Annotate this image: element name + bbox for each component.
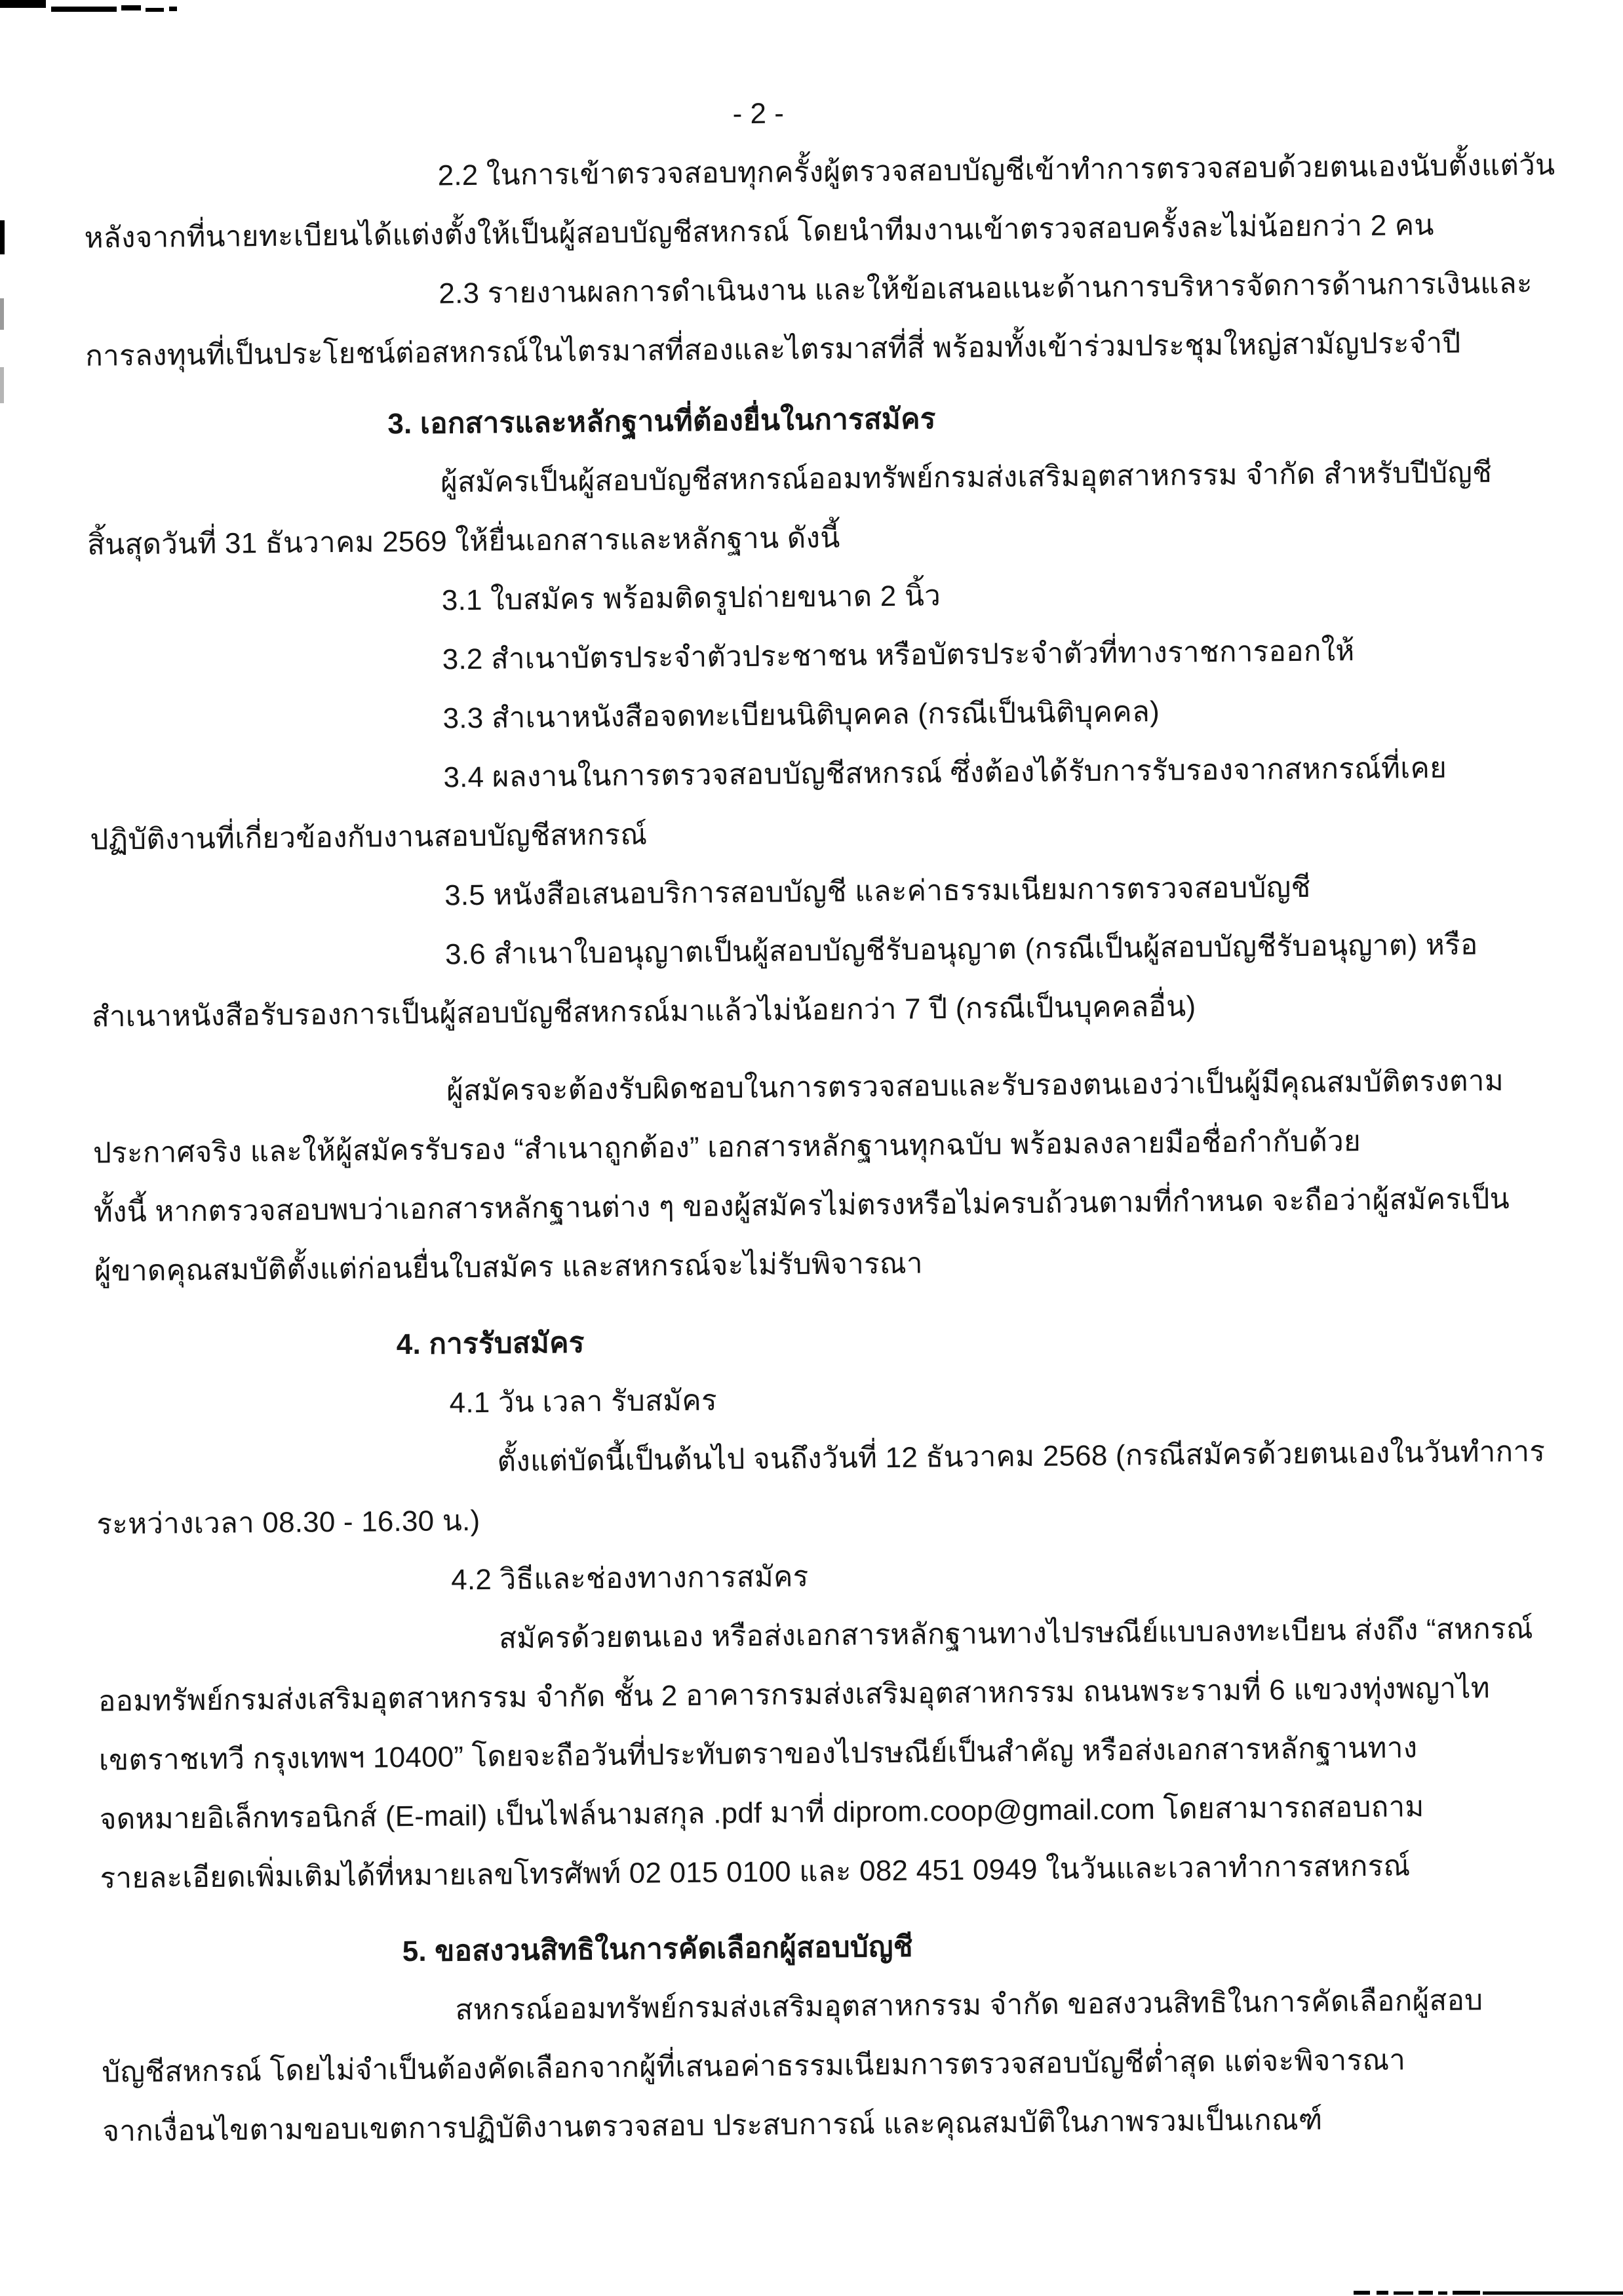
document-page: - 2 - 2.2 ในการเข้าตรวจสอบทุกครั้งผู้ตรว… <box>0 0 1623 2296</box>
scan-artifact-bottom-rule <box>1483 2291 1623 2295</box>
scan-artifact-bottom-dash <box>1438 2291 1447 2295</box>
scan-artifact-top-dash <box>0 0 46 8</box>
scan-artifact-top-dash <box>51 7 117 12</box>
scan-artifact-left-strip <box>0 367 4 403</box>
scan-artifact-left-strip <box>0 220 5 254</box>
scan-artifact-bottom-dash <box>1394 2291 1413 2295</box>
scan-artifact-bottom-dash <box>1418 2291 1433 2295</box>
document-body: - 2 - 2.2 ในการเข้าตรวจสอบทุกครั้งผู้ตรว… <box>83 77 1557 2161</box>
scan-artifact-bottom-dash <box>1354 2291 1370 2295</box>
scan-artifact-bottom-dash <box>1377 2291 1388 2295</box>
scan-artifact-top-dash <box>169 7 177 11</box>
scan-artifact-bottom-dash <box>1453 2291 1480 2295</box>
scan-artifact-left-strip <box>0 298 4 330</box>
scan-artifact-top-dash <box>121 5 141 10</box>
scan-artifact-top-dash <box>146 8 164 12</box>
